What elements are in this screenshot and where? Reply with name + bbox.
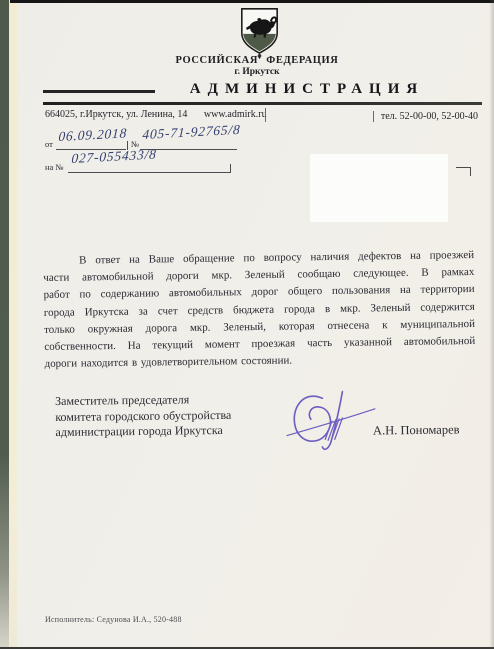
scan-left-edge bbox=[0, 0, 9, 649]
handwritten-signature bbox=[282, 383, 378, 469]
ref-reply-label: на № bbox=[45, 162, 64, 172]
phone-number: тел. 52-00-00, 52-00-40 bbox=[373, 111, 478, 122]
redaction-box bbox=[310, 154, 448, 222]
heading-bottom-rule bbox=[43, 102, 482, 105]
signer-title: Заместитель председателя комитета городс… bbox=[55, 391, 296, 440]
scanned-letter-page: РОССИЙСКАЯ ФЕДЕРАЦИЯ г. Иркутск АДМИНИСТ… bbox=[0, 0, 494, 649]
postal-address: 664025, г.Иркутск, ул. Ленина, 14 bbox=[45, 109, 187, 120]
handwritten-date: 06.09.2018 bbox=[58, 125, 127, 145]
letter-body: В ответ на Ваше обращение по вопросу нал… bbox=[43, 247, 476, 373]
shield-base-ground bbox=[243, 34, 276, 51]
executor-note: Исполнитель: Седунова И.А., 520-488 bbox=[45, 615, 182, 624]
signer-title-line: администрации города Иркутска bbox=[55, 422, 295, 440]
website: www.admirk.ru bbox=[204, 109, 267, 120]
reply-underline bbox=[68, 172, 230, 173]
contact-divider bbox=[265, 108, 266, 122]
administration-title: АДМИНИСТРАЦИЯ bbox=[120, 81, 494, 98]
irkutsk-coat-of-arms-icon bbox=[237, 6, 282, 60]
country-name: РОССИЙСКАЯ ФЕДЕРАЦИЯ bbox=[30, 55, 484, 66]
handwritten-outgoing-number: 405-71-92765/8 bbox=[142, 122, 241, 143]
signer-name: А.Н. Пономарев bbox=[373, 422, 460, 438]
city-name: г. Иркутск bbox=[30, 67, 484, 77]
reply-underline-end-tick bbox=[230, 164, 231, 173]
scan-top-edge-line bbox=[10, 0, 494, 3]
handwritten-incoming-number: 027-055433/8 bbox=[71, 146, 157, 167]
ref-from-label: от bbox=[45, 139, 53, 149]
contact-row: 664025, г.Иркутск, ул. Ленина, 14 www.ad… bbox=[45, 109, 267, 120]
addressee-corner-mark bbox=[456, 167, 471, 176]
scan-left-paper-edge bbox=[9, 0, 17, 649]
